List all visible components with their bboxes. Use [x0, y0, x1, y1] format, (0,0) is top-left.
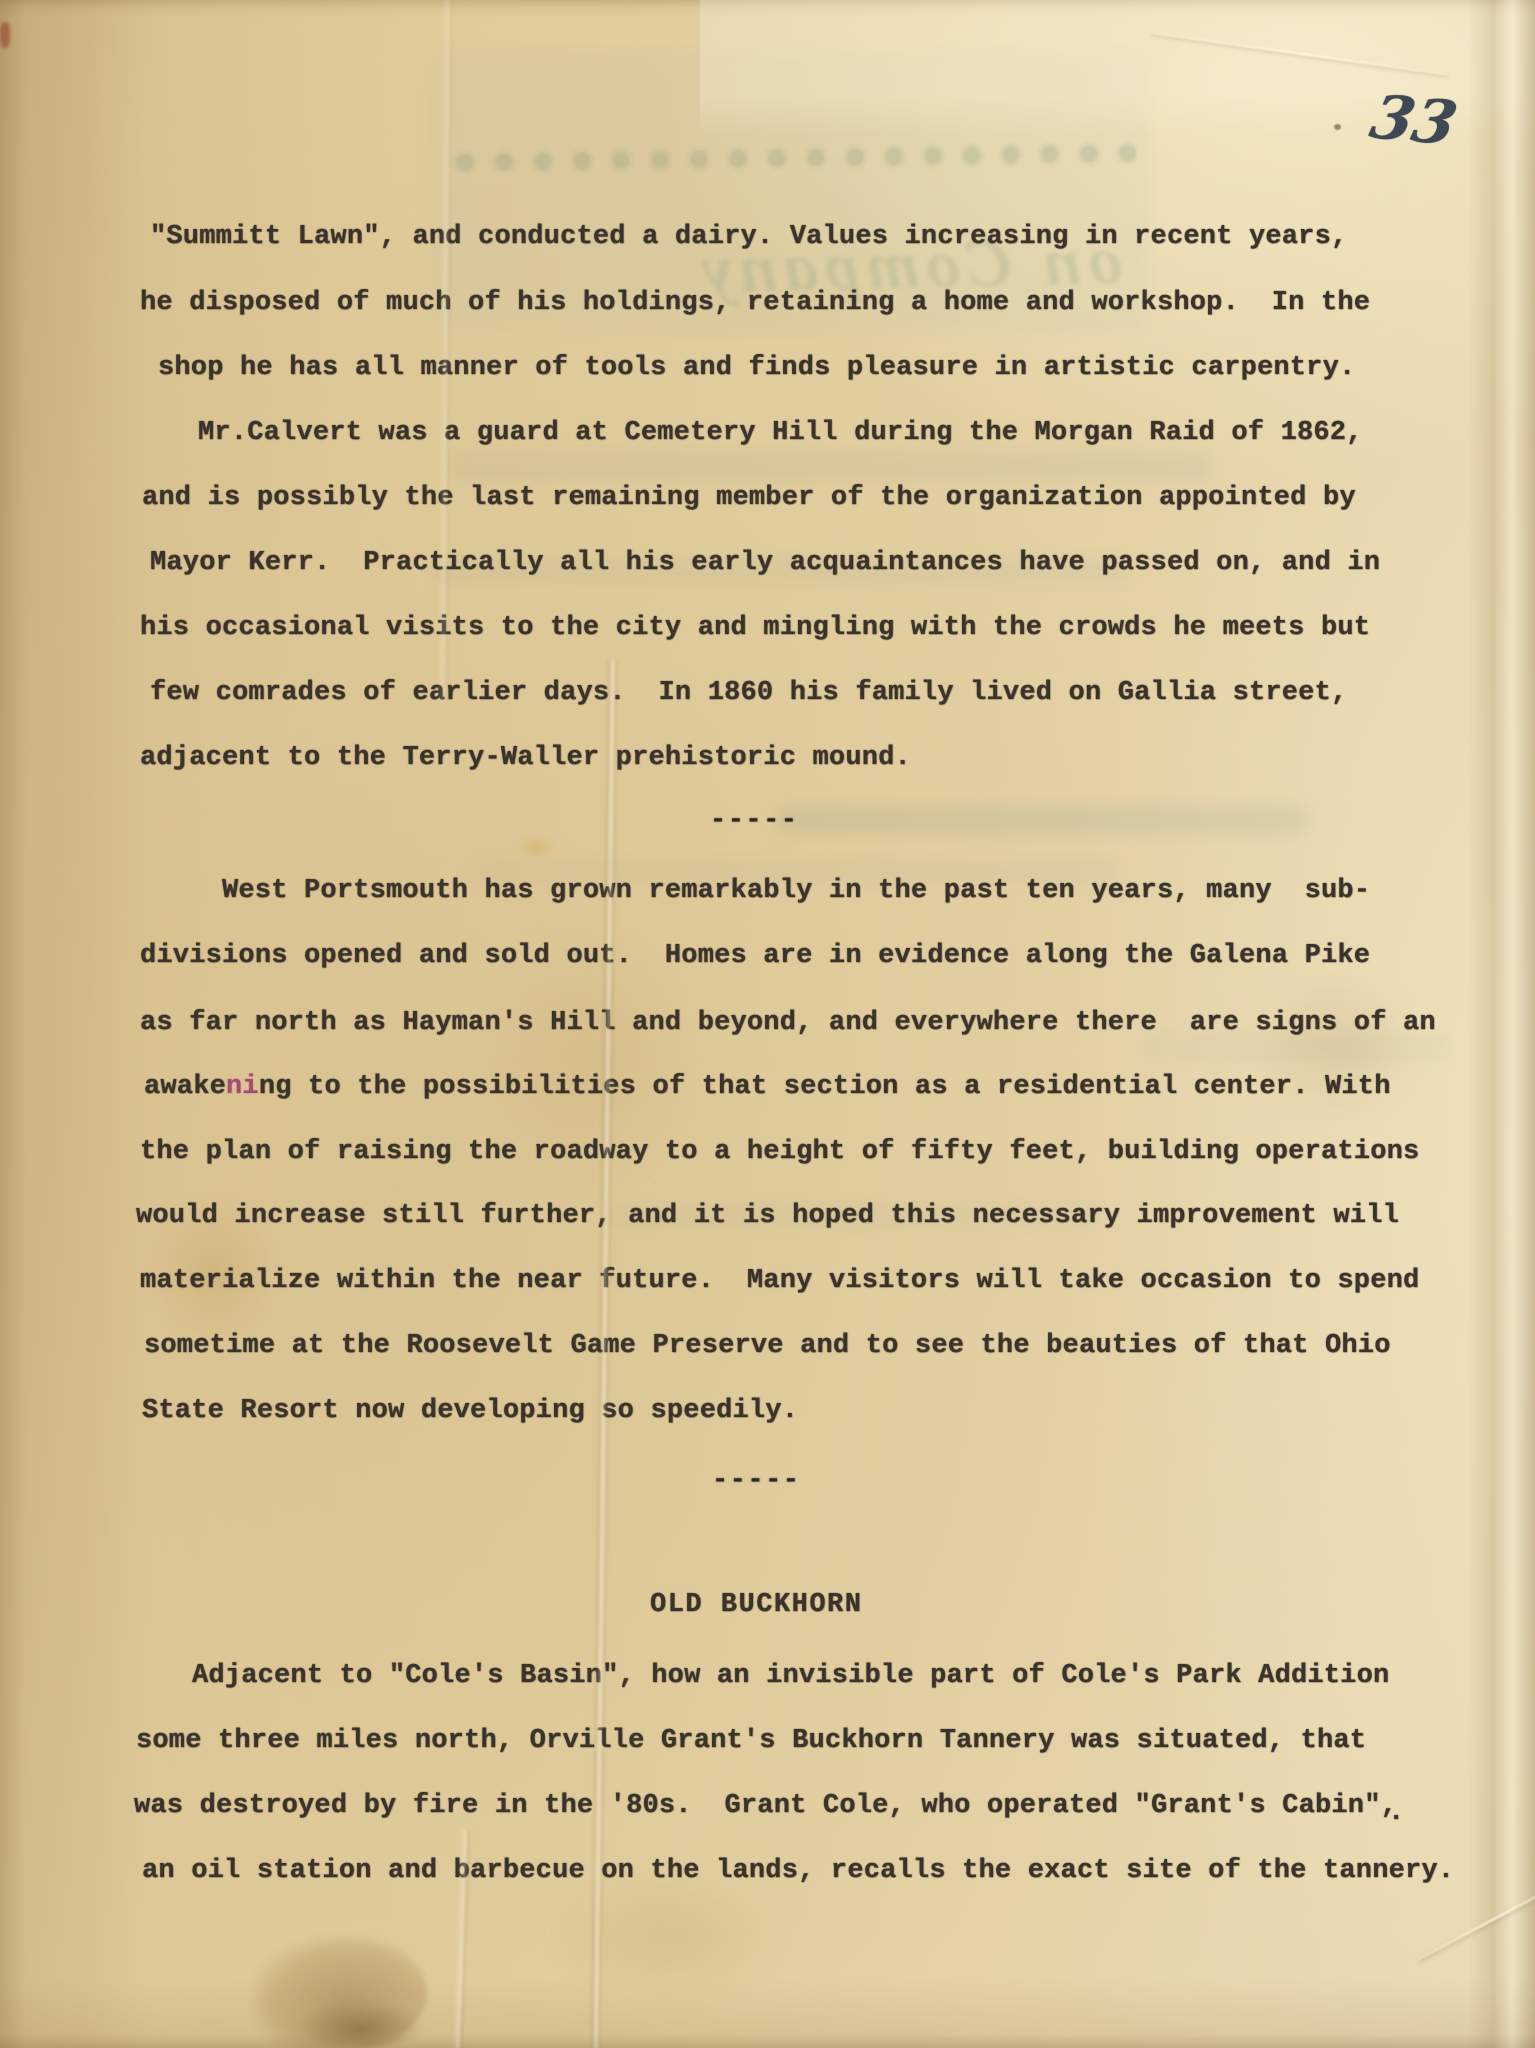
- red-ink-fragment: ni: [226, 1072, 259, 1102]
- typed-line: Adjacent to "Cole's Basin", how an invis…: [192, 1661, 1389, 1691]
- typed-line: the plan of raising the roadway to a hei…: [140, 1137, 1419, 1167]
- typed-line: was destroyed by fire in the '80s. Grant…: [134, 1791, 1397, 1821]
- typed-line: awakening to the possibilities of that s…: [144, 1072, 1391, 1102]
- stray-period-mark: .: [1388, 1798, 1404, 1828]
- typed-line: Mayor Kerr. Practically all his early ac…: [150, 548, 1380, 578]
- typed-line: Mr.Calvert was a guard at Cemetery Hill …: [198, 418, 1363, 448]
- typed-fragment: awake: [144, 1072, 226, 1102]
- typed-line: an oil station and barbecue on the lands…: [142, 1856, 1454, 1886]
- typed-line: he disposed of much of his holdings, ret…: [140, 288, 1370, 318]
- typed-line: divisions opened and sold out. Homes are…: [140, 941, 1370, 971]
- manuscript-page: on Company 33 "Summitt Lawn", and conduc…: [0, 0, 1535, 2048]
- section-heading: OLD BUCKHORN: [650, 1590, 862, 1620]
- typed-line: sometime at the Roosevelt Game Preserve …: [144, 1331, 1391, 1361]
- typed-line: "Summitt Lawn", and conducted a dairy. V…: [150, 222, 1347, 252]
- typed-line: some three miles north, Orville Grant's …: [136, 1726, 1366, 1756]
- typed-line: West Portsmouth has grown remarkably in …: [222, 876, 1370, 906]
- typed-line: and is possibly the last remaining membe…: [142, 483, 1356, 513]
- typed-line: adjacent to the Terry-Waller prehistoric…: [140, 743, 911, 773]
- section-divider: -----: [710, 806, 799, 836]
- typed-line: State Resort now developing so speedily.: [142, 1396, 798, 1426]
- typed-line: as far north as Hayman's Hill and beyond…: [140, 1008, 1436, 1038]
- typed-fragment: ng to the possibilities of that section …: [259, 1072, 1391, 1102]
- handwritten-page-number: 33: [1364, 83, 1463, 159]
- typed-line: his occasional visits to the city and mi…: [140, 613, 1370, 643]
- typed-line: shop he has all manner of tools and find…: [158, 353, 1355, 383]
- typed-text-layer: "Summitt Lawn", and conducted a dairy. V…: [0, 0, 1535, 2048]
- typed-line: would increase still further, and it is …: [136, 1201, 1399, 1231]
- typed-line: few comrades of earlier days. In 1860 hi…: [150, 678, 1347, 708]
- section-divider: -----: [712, 1466, 801, 1496]
- typed-line: materialize within the near future. Many…: [140, 1266, 1419, 1296]
